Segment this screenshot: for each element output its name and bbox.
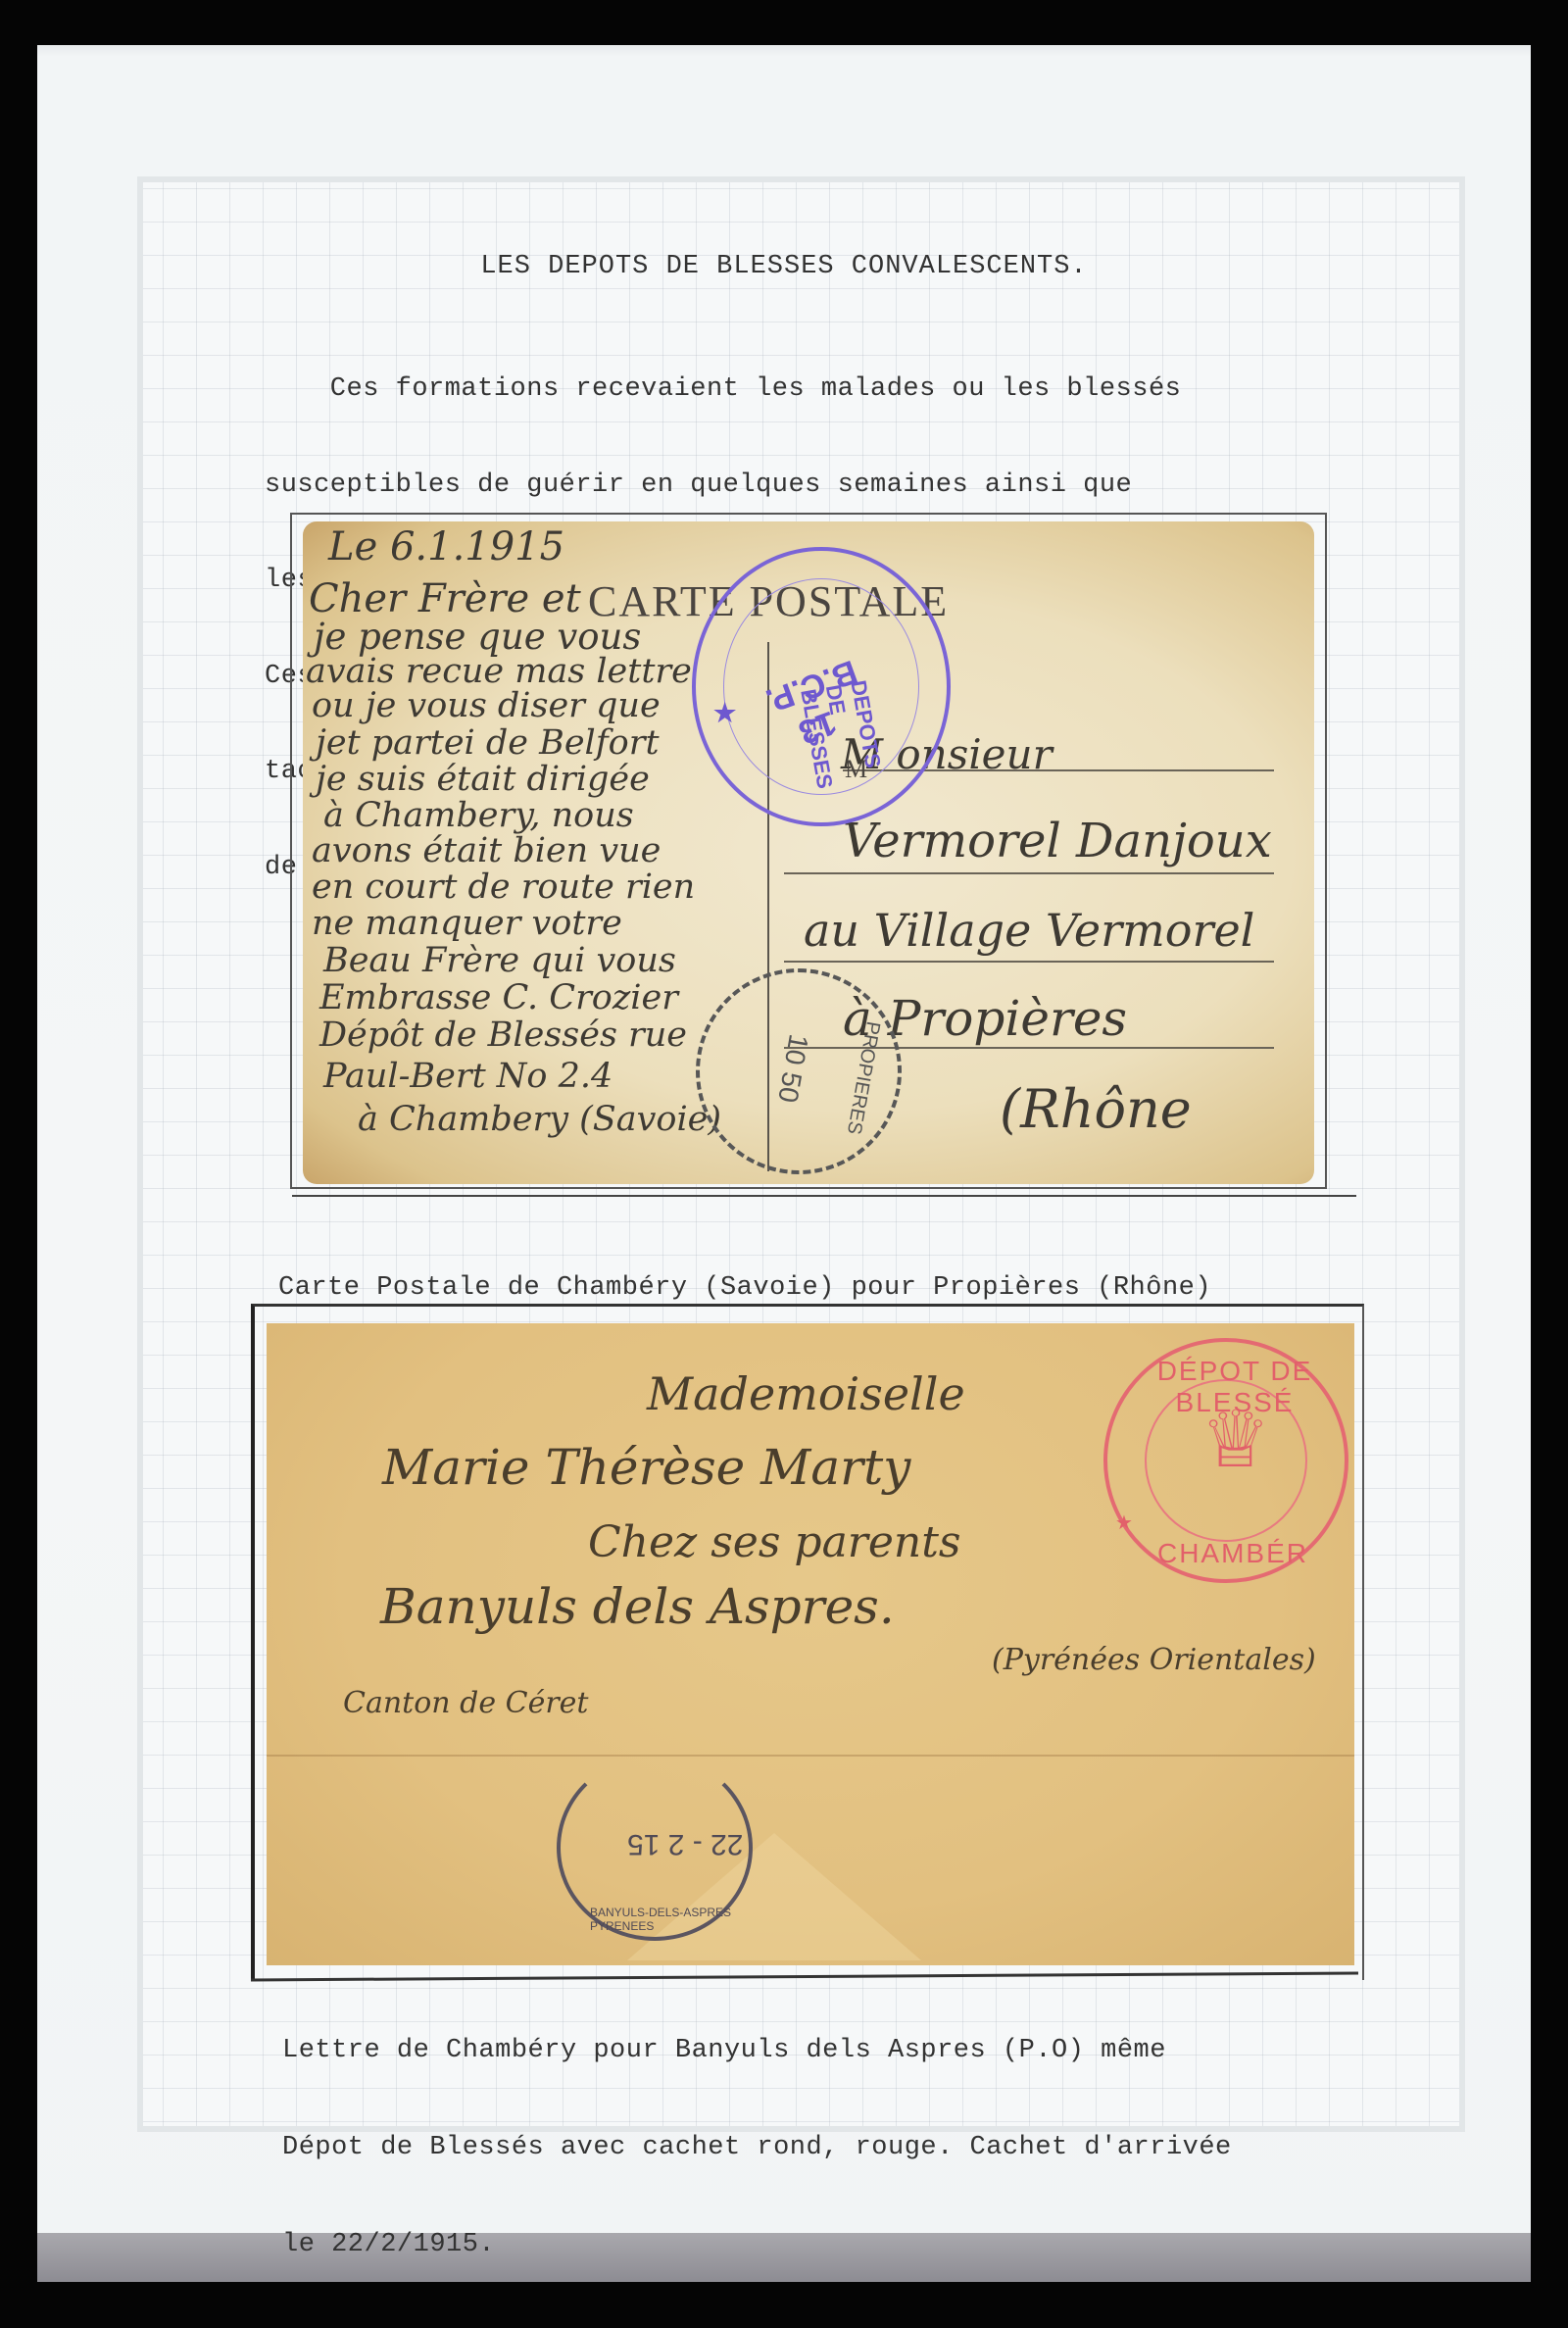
message-line: Embrasse C. Crozier: [319, 978, 678, 1017]
message-line: en court de route rien: [312, 867, 695, 907]
allegory-figure-icon: ♕: [1200, 1401, 1271, 1479]
arrival-postmark: 22 - 2 15 BANYULS-DELS-ASPRES PYRENEES: [557, 1755, 753, 1941]
intro-line: susceptibles de guérir en quelques semai…: [265, 470, 1372, 502]
postmark-propieres: 10 50 PROPIERES: [696, 968, 902, 1174]
violet-cachet: B.C.P. 13 DEPOTS DE BLESSES ★: [692, 547, 951, 826]
message-line: ou je vous diser que: [312, 686, 661, 725]
address-line: Canton de Céret: [343, 1686, 589, 1720]
address-prefix: M: [845, 755, 867, 784]
address-line: (Rhône: [1000, 1078, 1192, 1140]
red-cachet: DÉPOT DE BLESSÉ CHAMBÉR ♕ ★: [1103, 1338, 1348, 1583]
postmark-town: PROPIERES: [842, 1019, 884, 1136]
caption-line: Lettre de Chambéry pour Banyuls dels Asp…: [282, 2035, 1232, 2067]
postmark-time: 10 50: [771, 1032, 814, 1106]
cachet-bottom-text: CHAMBÉR: [1135, 1538, 1331, 1569]
address-line: Banyuls dels Aspres.: [380, 1578, 895, 1635]
address-line: Chez ses parents: [588, 1517, 960, 1567]
message-line: avons était bien vue: [312, 831, 661, 870]
intro-line: Ces formations recevaient les malades ou…: [265, 373, 1372, 406]
address-line: Vermorel Danjoux: [843, 814, 1272, 868]
caption-line: Carte Postale de Chambéry (Savoie) pour …: [278, 1272, 1211, 1305]
star-icon: ★: [713, 698, 736, 728]
message-line: Beau Frère qui vous: [323, 941, 676, 980]
caption-line: le 22/2/1915.: [282, 2229, 1232, 2261]
star-icon: ★: [1115, 1511, 1133, 1535]
envelope-flap-fold: [267, 1755, 1354, 1757]
envelope-caption: Lettre de Chambéry pour Banyuls dels Asp…: [282, 1970, 1232, 2294]
message-line: à Chambery (Savoie): [358, 1100, 721, 1139]
message-line: Paul-Bert No 2.4: [323, 1057, 612, 1096]
divider-rule: [292, 1195, 1356, 1197]
address-line: au Village Vermorel: [804, 904, 1254, 957]
message-line: Le 6.1.1915: [328, 524, 564, 570]
caption-line: Dépot de Blessés avec cachet rond, rouge…: [282, 2132, 1232, 2164]
postmark-date: 22 - 2 15: [627, 1827, 743, 1860]
message-line: à Chambery, nous: [323, 796, 634, 835]
page-title: LES DEPOTS DE BLESSES CONVALESCENTS.: [0, 252, 1568, 281]
message-line: avais recue mas lettre: [306, 652, 692, 691]
message-line: ne manquer votre: [312, 904, 622, 943]
address-rule: [784, 872, 1274, 874]
address-rule: [784, 961, 1274, 963]
message-line: Dépôt de Blessés rue: [319, 1015, 687, 1055]
postmark-town: BANYULS-DELS-ASPRES PYRENEES: [590, 1906, 749, 1933]
address-line: Marie Thérèse Marty: [382, 1439, 910, 1496]
message-line: jet partei de Belfort: [316, 723, 660, 763]
address-line: (Pyrénées Orientales): [992, 1643, 1316, 1677]
address-line: Mademoiselle: [647, 1367, 965, 1420]
message-line: je suis était dirigée: [316, 760, 650, 799]
